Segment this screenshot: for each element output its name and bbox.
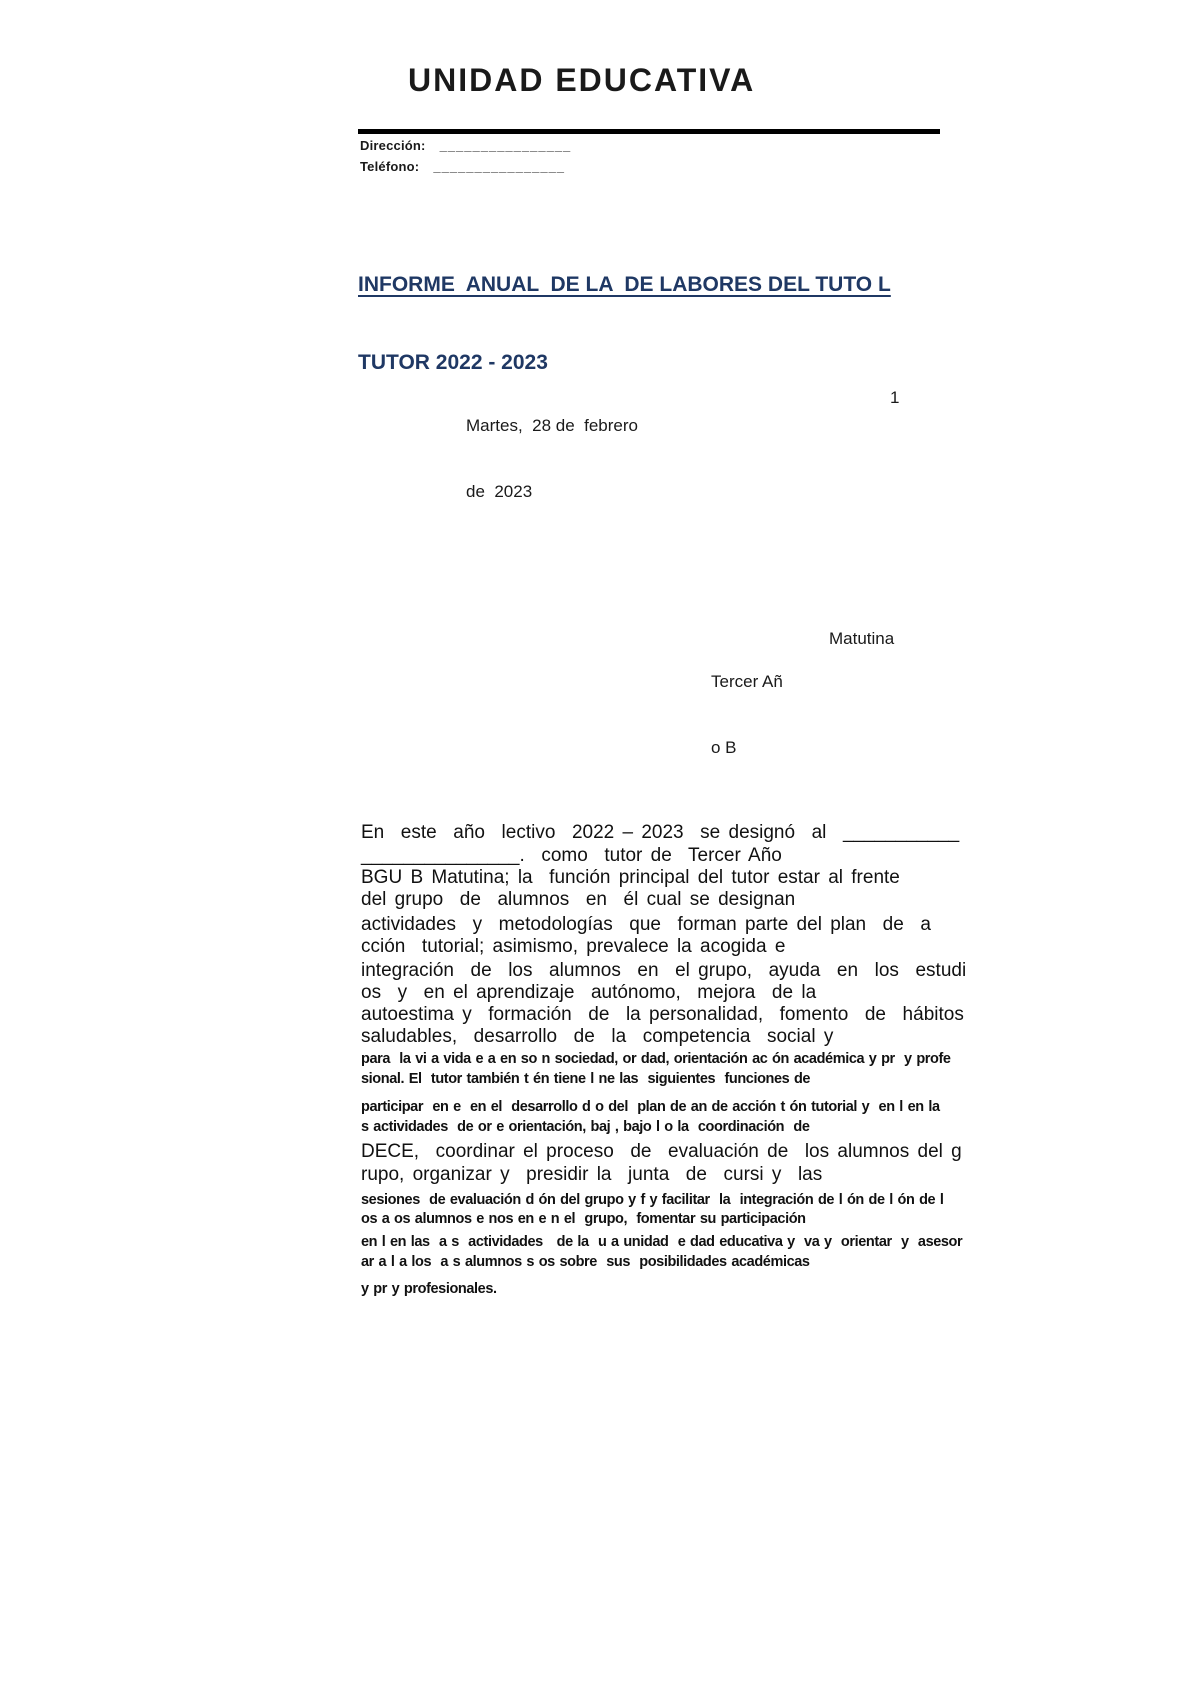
body-line-8: os y en el aprendizaje autónomo, mejora … (361, 982, 816, 1004)
body-line-13: participar en e en el desarrollo d o del… (361, 1099, 940, 1115)
document-page: UNIDAD EDUCATIVA Dirección:_____________… (0, 0, 1200, 1696)
course-name-line2: o B (711, 737, 783, 759)
course-name-line1: Tercer Añ (711, 671, 783, 693)
body-line-9: autoestima y formación de la personalida… (361, 1004, 964, 1026)
body-line-12: sional. El tutor también t én tiene l ne… (361, 1071, 810, 1087)
body-line-6: cción tutorial; asimismo, prevalece la a… (361, 936, 785, 958)
body-line-11: para la vi a vida e a en so n sociedad, … (361, 1051, 951, 1067)
body-line-7: integración de los alumnos en el grupo, … (361, 960, 966, 982)
body-line-20: ar a l a los a s alumnos s os sobre sus … (361, 1254, 810, 1270)
telefono-blank-value: ________________ (433, 159, 565, 174)
telefono-line: Teléfono:________________ (360, 159, 565, 174)
body-line-21: y pr y profesionales. (361, 1281, 497, 1297)
body-line-19: en l en las a s actividades de la u a un… (361, 1234, 962, 1250)
telefono-label: Teléfono: (360, 159, 419, 174)
report-title-line1: INFORME ANUAL DE LA DE LABORES DEL TUTO … (358, 272, 891, 298)
body-line-15: DECE, coordinar el proceso de evaluación… (361, 1141, 962, 1163)
body-line-18: os a os alumnos e nos en e n el grupo, f… (361, 1211, 806, 1227)
body-line-17: sesiones de evaluación d ón del grupo y … (361, 1192, 943, 1208)
report-date-line2: de 2023 (466, 481, 638, 503)
page-number: 1 (890, 388, 899, 408)
body-line-2: _______________. como tutor de Tercer Añ… (361, 845, 782, 867)
direccion-label: Dirección: (360, 138, 426, 153)
body-line-16: rupo, organizar y presidir la junta de c… (361, 1164, 822, 1186)
report-date: Martes, 28 de febrero de 2023 (466, 371, 638, 547)
body-line-4: del grupo de alumnos en él cual se desig… (361, 889, 795, 911)
body-line-1: En este año lectivo 2022 – 2023 se desig… (361, 822, 959, 844)
course-name: Tercer Añ o B (711, 627, 783, 803)
direccion-line: Dirección:________________ (360, 138, 571, 153)
header-divider-rule (358, 129, 940, 134)
body-line-10: saludables, desarrollo de la competencia… (361, 1026, 833, 1048)
body-line-14: s actividades de or e orientación, baj ,… (361, 1119, 810, 1135)
school-name-heading: UNIDAD EDUCATIVA (408, 62, 755, 99)
report-date-line1: Martes, 28 de febrero (466, 415, 638, 437)
body-line-3: BGU B Matutina; la función principal del… (361, 867, 900, 889)
direccion-blank-value: ________________ (440, 138, 572, 153)
body-line-5: actividades y metodologías que forman pa… (361, 914, 931, 936)
shift-label: Matutina (829, 629, 894, 649)
